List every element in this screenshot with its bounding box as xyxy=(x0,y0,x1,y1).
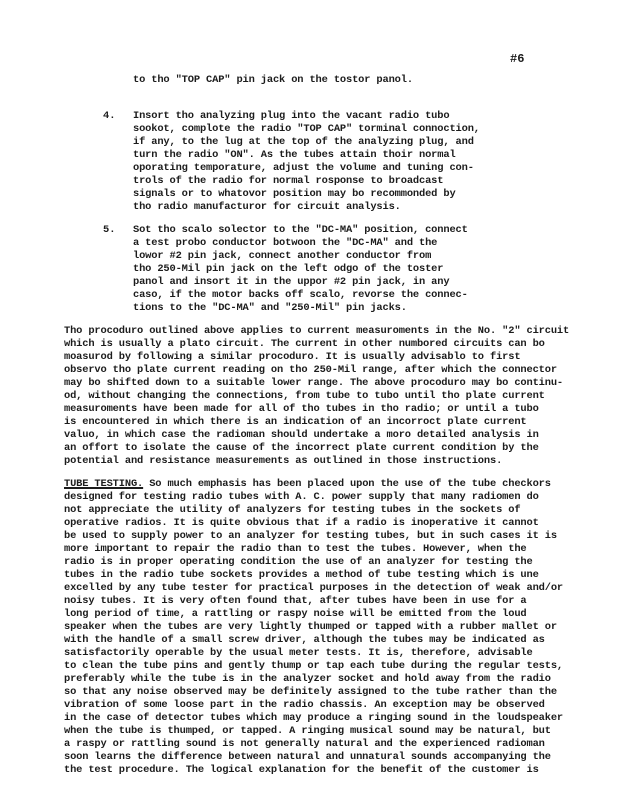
paragraph-line: when the tube is thumped, or tapped. A r… xyxy=(64,725,551,738)
paragraph-line: an offort to isolate the cause of the in… xyxy=(64,442,539,455)
paragraph-line: moasurod by following a similar procodur… xyxy=(64,351,520,364)
step-line: signals or to whatovor position may bo r… xyxy=(133,188,456,201)
paragraph-line: long period of time, a rattling or raspy… xyxy=(64,608,527,621)
paragraph-line: measuroments have been made for all of t… xyxy=(64,403,539,416)
step-line: tho 250-Mil pin jack on the left odgo of… xyxy=(133,263,443,276)
section-heading: TUBE TESTING. xyxy=(64,478,143,490)
paragraph-line: soon learns the difference between natur… xyxy=(64,751,551,764)
paragraph-line: more important to repair the radio than … xyxy=(64,543,527,556)
paragraph-line: satisfactorily operable by the usual met… xyxy=(64,647,533,660)
step-line: Sot tho scalo solector to the "DC-MA" po… xyxy=(133,224,468,237)
paragraph-line: operative radios. It is quite obvious th… xyxy=(64,517,539,530)
paragraph-line: to clean the tube pins and gently thump … xyxy=(64,660,563,673)
paragraph-line: so that any noise observed may be defini… xyxy=(64,686,557,699)
paragraph-line: speaker when the tubes are very lightly … xyxy=(64,621,557,634)
paragraph-line: potential and resistance measurements as… xyxy=(64,455,502,468)
continuation-line: to tho "TOP CAP" pin jack on the tostor … xyxy=(133,74,413,87)
paragraph-line: od, without changing the connections, fr… xyxy=(64,390,545,403)
step-number: 5. xyxy=(103,224,115,236)
step-number: 4. xyxy=(103,110,115,122)
paragraph-line: radio is in proper operating condition t… xyxy=(64,556,533,569)
heading-line-rest: So much emphasis has been placed upon th… xyxy=(143,478,551,490)
paragraph-line: be used to supply power to an analyzer f… xyxy=(64,530,557,543)
paragraph-line: the test procedure. The logical explanat… xyxy=(64,764,539,777)
paragraph-line: preferably while the tube is in the anal… xyxy=(64,673,551,686)
paragraph-line: designed for testing radio tubes with A.… xyxy=(64,491,539,504)
step-line: caso, if the motor backs off scalo, revo… xyxy=(133,289,468,302)
paragraph-line: excelled by any tube tester for practica… xyxy=(64,582,563,595)
paragraph-line: which is usually a plato circuit. The cu… xyxy=(64,338,545,351)
paragraph-line: observo tho plate current reading on tho… xyxy=(64,364,557,377)
paragraph-line: valuo, in which case the radioman should… xyxy=(64,429,539,442)
step-line: oporating temporature, adjust the volume… xyxy=(133,162,474,175)
step-line: Insort tho analyzing plug into the vacan… xyxy=(133,110,449,123)
step-line: trols of the radio for normal rosponse t… xyxy=(133,175,443,188)
paragraph-line: may bo shifted down to a suitable lower … xyxy=(64,377,563,390)
paragraph-line: noisy tubes. It is very often found that… xyxy=(64,595,527,608)
page-number: #6 xyxy=(510,52,524,66)
step-line: if any, to the lug at the top of the ana… xyxy=(133,136,474,149)
step-line: turn the radio "ON". As the tubes attain… xyxy=(133,149,456,162)
step-line: lowor #2 pin jack, connect another condu… xyxy=(133,250,431,263)
step-line: tions to the "DC-MA" and "250-Mil" pin j… xyxy=(133,302,407,315)
step-line: panol and insort it in the uppor #2 pin … xyxy=(133,276,449,289)
paragraph-line: in the case of detector tubes which may … xyxy=(64,712,563,725)
paragraph-line: not appreciate the utility of analyzers … xyxy=(64,504,520,517)
step-line: tho radio manufacturor for circuit analy… xyxy=(133,201,401,214)
paragraph-line: a raspy or rattling sound is not general… xyxy=(64,738,545,751)
paragraph-first-line: TUBE TESTING. So much emphasis has been … xyxy=(64,478,551,491)
step-line: sookot, complote the radio "TOP CAP" tor… xyxy=(133,123,480,136)
paragraph-line: tubes in the radio tube sockets provides… xyxy=(64,569,539,582)
paragraph-line: vibration of some loose part in the radi… xyxy=(64,699,545,712)
step-line: a test probo conductor botwoon the "DC-M… xyxy=(133,237,437,250)
paragraph-line: with the handle of a small screw driver,… xyxy=(64,634,545,647)
paragraph-line: is encountered in which there is an indi… xyxy=(64,416,527,429)
paragraph-line: Tho procoduro outlined above applies to … xyxy=(64,325,569,338)
